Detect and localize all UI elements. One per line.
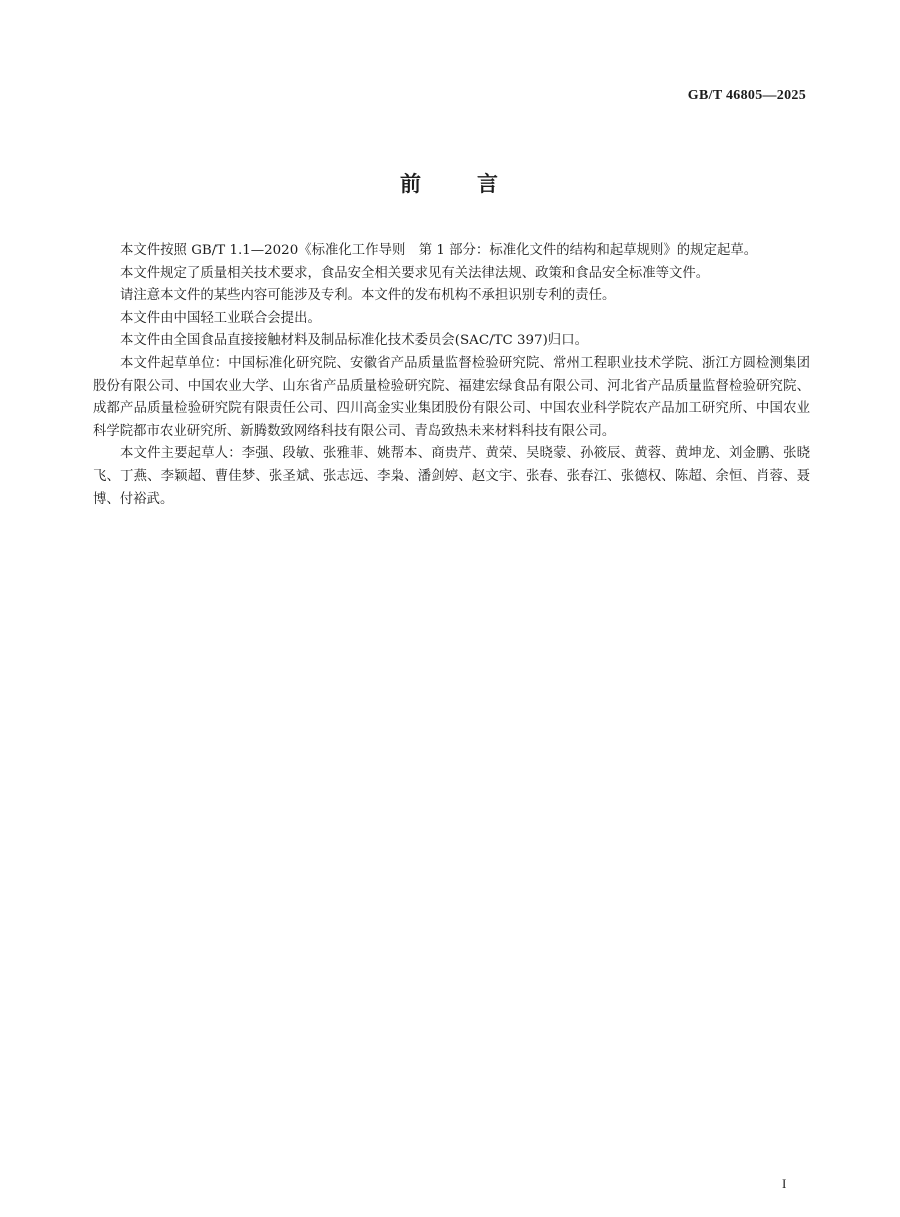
- paragraph-patent-notice: 请注意本文件的某些内容可能涉及专利。本文件的发布机构不承担识别专利的责任。: [93, 285, 810, 308]
- foreword-body: 本文件按照 GB/T 1.1—2020《标准化工作导则 第 1 部分：标准化文件…: [93, 240, 810, 511]
- paragraph-drafters: 本文件主要起草人：李强、段敏、张雅菲、姚帮本、商贵芹、黄荣、吴晓蒙、孙筱辰、黄蓉…: [93, 443, 810, 511]
- title-char-2: 言: [477, 168, 500, 198]
- page-number: I: [782, 1176, 786, 1192]
- paragraph-proposer: 本文件由中国轻工业联合会提出。: [93, 308, 810, 331]
- standard-number: GB/T 46805—2025: [688, 88, 806, 104]
- page-title: 前言: [0, 168, 900, 198]
- paragraph-drafting-rules: 本文件按照 GB/T 1.1—2020《标准化工作导则 第 1 部分：标准化文件…: [93, 240, 810, 263]
- paragraph-technical-committee: 本文件由全国食品直接接触材料及制品标准化技术委员会(SAC/TC 397)归口。: [93, 330, 810, 353]
- title-char-1: 前: [400, 168, 423, 198]
- paragraph-scope-note: 本文件规定了质量相关技术要求，食品安全相关要求见有关法律法规、政策和食品安全标准…: [93, 263, 810, 286]
- paragraph-drafting-units: 本文件起草单位：中国标准化研究院、安徽省产品质量监督检验研究院、常州工程职业技术…: [93, 353, 810, 443]
